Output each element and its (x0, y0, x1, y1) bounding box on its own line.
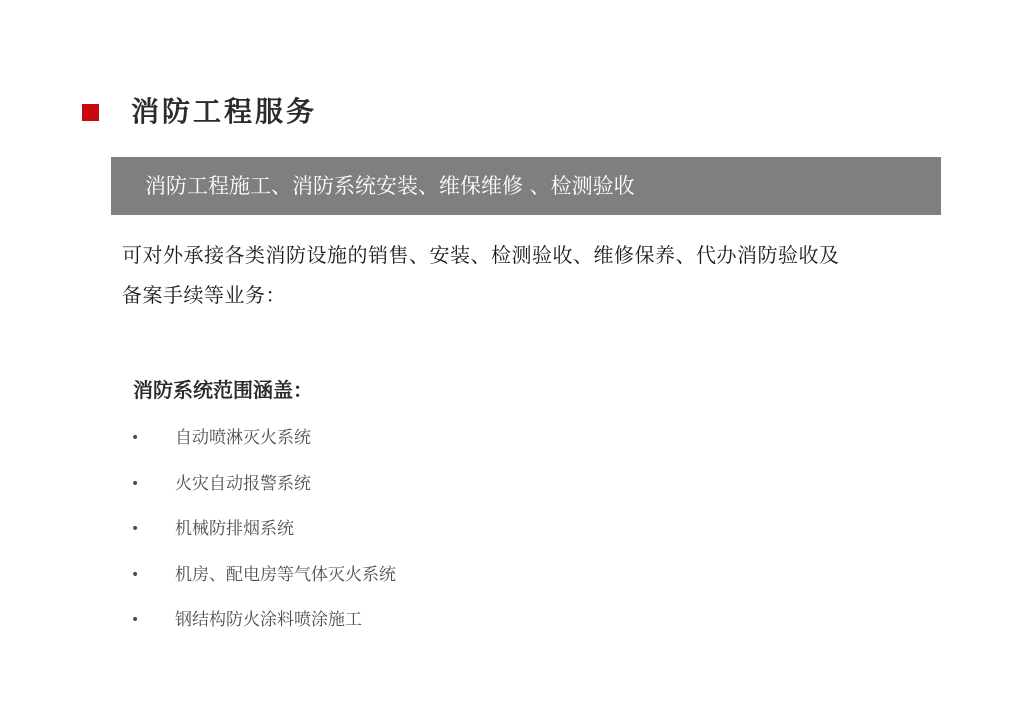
list-item: • 自动喷淋灭火系统 (131, 423, 396, 469)
service-banner: 消防工程施工、消防系统安装、维保维修 、检测验收 (111, 157, 941, 215)
list-item: • 火灾自动报警系统 (131, 469, 396, 515)
bullet-icon: • (131, 605, 175, 635)
list-item-label: 机械防排烟系统 (175, 514, 294, 544)
scope-list: • 自动喷淋灭火系统 • 火灾自动报警系统 • 机械防排烟系统 • 机房、配电房… (131, 423, 396, 651)
list-item-label: 自动喷淋灭火系统 (175, 423, 311, 453)
intro-line-1: 可对外承接各类消防设施的销售、安装、检测验收、维修保养、代办消防验收及 (122, 235, 952, 275)
red-square-marker-icon (82, 104, 99, 121)
section-title-row: 消防工程服务 (82, 92, 317, 132)
list-item-label: 钢结构防火涂料喷涂施工 (175, 605, 362, 635)
bullet-icon: • (131, 514, 175, 544)
bullet-icon: • (131, 423, 175, 453)
intro-paragraph: 可对外承接各类消防设施的销售、安装、检测验收、维修保养、代办消防验收及 备案手续… (122, 235, 952, 315)
list-item-label: 机房、配电房等气体灭火系统 (175, 560, 396, 590)
bullet-icon: • (131, 469, 175, 499)
section-title: 消防工程服务 (131, 92, 317, 132)
intro-line-2: 备案手续等业务： (122, 275, 952, 315)
list-item: • 机房、配电房等气体灭火系统 (131, 560, 396, 606)
scope-heading: 消防系统范围涵盖： (133, 374, 313, 406)
banner-text: 消防工程施工、消防系统安装、维保维修 、检测验收 (145, 157, 635, 215)
list-item: • 钢结构防火涂料喷涂施工 (131, 605, 396, 651)
list-item-label: 火灾自动报警系统 (175, 469, 311, 499)
bullet-icon: • (131, 560, 175, 590)
list-item: • 机械防排烟系统 (131, 514, 396, 560)
